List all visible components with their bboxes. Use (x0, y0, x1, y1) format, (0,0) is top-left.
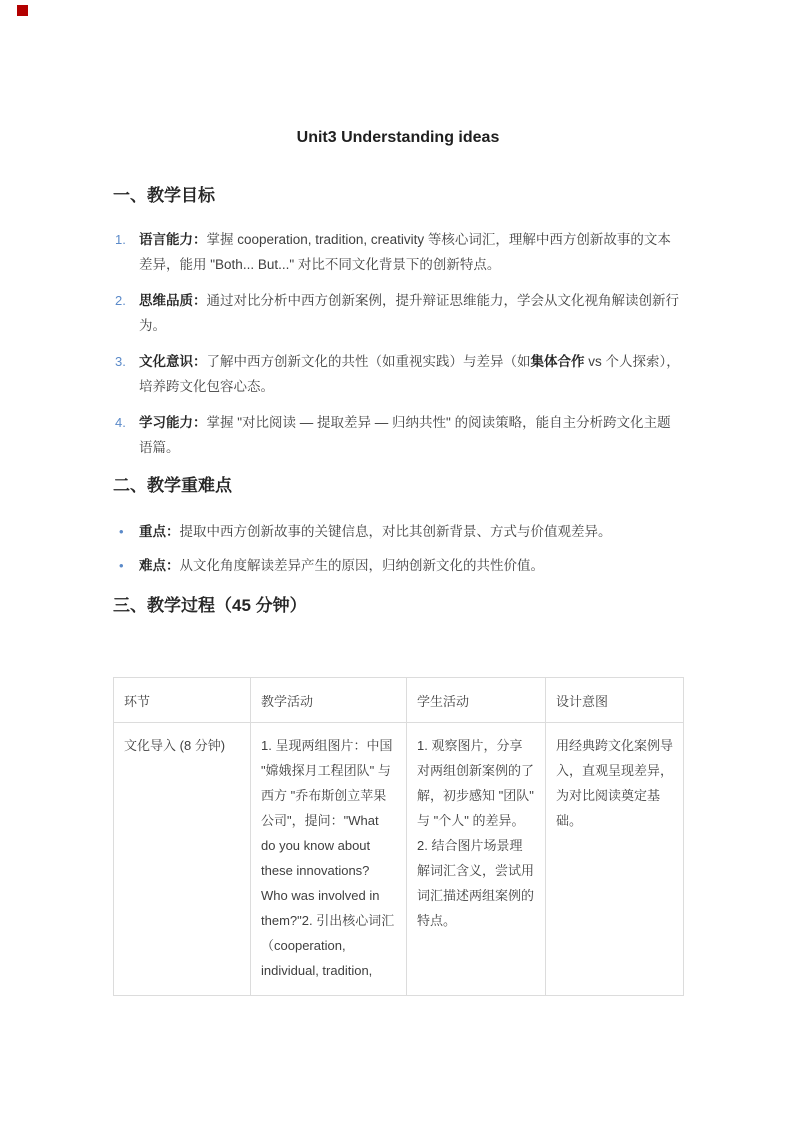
item-label: 难点： (139, 558, 180, 573)
teaching-process-table: 环节 教学活动 学生活动 设计意图 文化导入 (8 分钟) 1. 呈现两组图片：… (113, 677, 684, 996)
item-text: 掌握 cooperation, tradition, creativity 等核… (139, 232, 671, 272)
bullet-icon: • (119, 519, 124, 544)
item-label: 重点： (139, 524, 180, 539)
list-number: 1. (115, 227, 126, 252)
item-text: 从文化角度解读差异产生的原因，归纳创新文化的共性价值。 (180, 558, 545, 573)
section-heading-objectives: 一、教学目标 (113, 185, 683, 207)
item-text: 掌握 "对比阅读 — 提取差异 — 归纳共性" 的阅读策略，能自主分析跨文化主题… (139, 415, 671, 455)
table-row: 文化导入 (8 分钟) 1. 呈现两组图片：中国 "嫦娥探月工程团队" 与西方 … (114, 723, 684, 996)
item-text-bold: 集体合作 (531, 354, 585, 369)
table-header-teaching-activity: 教学活动 (251, 678, 407, 723)
list-number: 2. (115, 288, 126, 313)
table-header-design-intent: 设计意图 (546, 678, 684, 723)
red-corner-marker (17, 5, 28, 16)
list-item: •难点：从文化角度解读差异产生的原因，归纳创新文化的共性价值。 (113, 553, 683, 578)
list-item: 3.文化意识：了解中西方创新文化的共性（如重视实践）与差异（如集体合作 vs 个… (113, 349, 683, 399)
table-header-stage: 环节 (114, 678, 251, 723)
list-item: 4.学习能力：掌握 "对比阅读 — 提取差异 — 归纳共性" 的阅读策略，能自主… (113, 410, 683, 460)
cell-teaching-activity: 1. 呈现两组图片：中国 "嫦娥探月工程团队" 与西方 "乔布斯创立苹果公司"，… (251, 723, 407, 996)
table-header-student-activity: 学生活动 (407, 678, 546, 723)
cell-stage: 文化导入 (8 分钟) (114, 723, 251, 996)
list-number: 3. (115, 349, 126, 374)
item-label: 语言能力： (139, 232, 207, 247)
item-text: 提取中西方创新故事的关键信息，对比其创新背景、方式与价值观差异。 (180, 524, 612, 539)
page-title: Unit3 Understanding ideas (113, 0, 683, 148)
document-page: Unit3 Understanding ideas 一、教学目标 1.语言能力：… (0, 0, 794, 1123)
list-item: 1.语言能力：掌握 cooperation, tradition, creati… (113, 227, 683, 277)
bullet-icon: • (119, 553, 124, 578)
section-heading-process: 三、教学过程（45 分钟） (113, 595, 683, 617)
objectives-list: 1.语言能力：掌握 cooperation, tradition, creati… (113, 227, 683, 460)
list-item: •重点：提取中西方创新故事的关键信息，对比其创新背景、方式与价值观差异。 (113, 519, 683, 544)
table-header-row: 环节 教学活动 学生活动 设计意图 (114, 678, 684, 723)
list-number: 4. (115, 410, 126, 435)
item-label: 思维品质： (139, 293, 207, 308)
cell-student-activity: 1. 观察图片，分享对两组创新案例的了解，初步感知 "团队" 与 "个人" 的差… (407, 723, 546, 996)
item-label: 学习能力： (139, 415, 207, 430)
item-text: 通过对比分析中西方创新案例，提升辩证思维能力，学会从文化视角解读创新行为。 (139, 293, 679, 333)
section-heading-keypoints: 二、教学重难点 (113, 475, 683, 497)
list-item: 2.思维品质：通过对比分析中西方创新案例，提升辩证思维能力，学会从文化视角解读创… (113, 288, 683, 338)
item-text: 了解中西方创新文化的共性（如重视实践）与差异（如 (207, 354, 531, 369)
keypoints-list: •重点：提取中西方创新故事的关键信息，对比其创新背景、方式与价值观差异。 •难点… (113, 519, 683, 578)
cell-design-intent: 用经典跨文化案例导入，直观呈现差异，为对比阅读奠定基础。 (546, 723, 684, 996)
item-label: 文化意识： (139, 354, 207, 369)
